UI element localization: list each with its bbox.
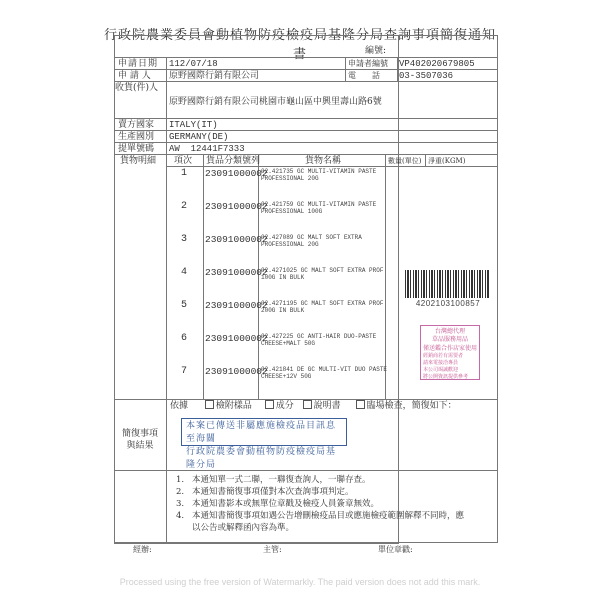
reply-section-label: 簡復事項 與結果 — [120, 428, 160, 452]
row-code: 23091000002 — [205, 201, 268, 213]
apply-date-value: 112/07/18 — [169, 58, 218, 70]
stamp-line: 經銷商若有需要者 — [423, 353, 477, 360]
serial-label: 編號: — [365, 45, 386, 57]
row-no: 2 — [181, 201, 187, 213]
col-header-name: 貨物名稱 — [305, 155, 341, 167]
applicant-no-label: 申請者編號 — [348, 58, 388, 70]
note-item: 4.本通知書簡復事項如遇公告增刪檢疫品目或應施檢疫範圍解釋不同時，應 — [176, 510, 464, 522]
checkbox-icon[interactable] — [356, 400, 365, 409]
note-number: 3. — [176, 498, 192, 510]
row-name-line1: 02.421841 DE GC MULTI-VIT DUO PASTE — [261, 366, 387, 373]
handler-label: 經辦: — [133, 544, 152, 556]
stamp-blue-line2: 行政院農委會動植物防疫檢疫局基隆分局 — [186, 446, 342, 472]
checkbox-onsite[interactable]: 臨場檢查，簡復如下： — [356, 401, 457, 411]
row-name-line2: PROFESSIONAL 20G — [261, 241, 319, 248]
row-no: 4 — [181, 267, 187, 279]
note-text: 本通知書影本或無單位章戳及檢疫人員簽章無效。 — [192, 499, 379, 509]
row-name-line2: CHEESE+12V 50G — [261, 373, 311, 380]
awb-value: AW 12441F7333 — [169, 143, 245, 155]
stamp-line: 僅送鑑合作店家使用 — [423, 344, 477, 353]
basis-row: 依據 檢附樣品 成分 說明書 臨場檢查，簡復如下： — [170, 400, 457, 412]
note-number: 2. — [176, 486, 192, 498]
row-no: 6 — [181, 333, 187, 345]
stamp-line: 將公開資訊提供參考 — [423, 374, 477, 381]
stamp-line: 本公司竭誠歡迎 — [423, 367, 477, 374]
row-name-line1: 02.421735 GC MULTI-VITAMIN PASTE — [261, 168, 376, 175]
unit-stamp-label: 單位章戳: — [378, 544, 413, 556]
basis-label: 依據 — [170, 401, 188, 411]
note-text: 本通知單一式二聯，一聯復查詢人，一聯存查。 — [192, 475, 371, 485]
reply-label-line2: 與結果 — [120, 440, 160, 452]
row-name-line1: 02.4271025 GC MALT SOFT EXTRA PROF — [261, 267, 383, 274]
checkbox-icon[interactable] — [303, 400, 312, 409]
goods-section-label: 貨物明細 — [120, 155, 156, 167]
row-no: 3 — [181, 234, 187, 246]
note-number: 4. — [176, 510, 192, 522]
checkbox-icon[interactable] — [265, 400, 274, 409]
checkbox-sample[interactable]: 檢附樣品 — [205, 401, 252, 411]
row-code: 23091000002 — [205, 300, 268, 312]
applicant-label: 申 請 人 — [118, 70, 151, 82]
checkbox-manual[interactable]: 說明書 — [303, 401, 341, 411]
row-code: 23091000002 — [205, 234, 268, 246]
origin-value: GERMANY(DE) — [169, 131, 228, 143]
phone-label: 電 話 — [348, 70, 380, 82]
row-name-line2: PROFESSIONAL 100G — [261, 208, 322, 215]
stamp-blue-line1: 本案已傳送非屬應施檢疫品目訊息至海關 — [186, 420, 342, 446]
apply-date-label: 申請日期 — [118, 58, 158, 70]
row-code: 23091000002 — [205, 168, 268, 180]
barcode — [405, 270, 489, 298]
note-item: 3.本通知書影本或無單位章戳及檢疫人員簽章無效。 — [176, 498, 464, 510]
watermark-text: Processed using the free version of Wate… — [0, 577, 600, 587]
col-header-code: 貨品分類號列 — [206, 155, 260, 167]
checkbox-icon[interactable] — [205, 400, 214, 409]
row-name-line2: PROFESSIONAL 20G — [261, 175, 319, 182]
supervisor-label: 主管: — [263, 544, 282, 556]
consignee-label: 收貨(件)人 — [115, 82, 158, 94]
notes-list: 1.本通知單一式二聯，一聯復查詢人，一聯存查。2.本通知書簡復事項僅對本次查詢事… — [176, 474, 464, 534]
note-item: 1.本通知單一式二聯，一聯復查詢人，一聯存查。 — [176, 474, 464, 486]
checkbox-ingredients[interactable]: 成分 — [265, 401, 294, 411]
row-name-line1: 02.421759 GC MULTI-VITAMIN PASTE — [261, 201, 376, 208]
applicant-value: 原野國際行銷有限公司 — [169, 70, 259, 82]
row-name-line1: 02.4271195 GC MALT SOFT EXTRA PROF — [261, 300, 383, 307]
row-name-line1: 02.427225 GC ANTI-HAIR DUO-PASTE — [261, 333, 376, 340]
row-code: 23091000002 — [205, 333, 268, 345]
barcode-number: 4202103100857 — [403, 299, 493, 308]
row-code: 23091000002 — [205, 267, 268, 279]
origin-label: 生產國別 — [118, 131, 154, 143]
row-no: 1 — [181, 168, 187, 180]
row-name-line2: 200G IN BULK — [261, 307, 304, 314]
note-item: 以公告或解釋函內容為準。 — [176, 522, 464, 534]
row-name-line2: 100G IN BULK — [261, 274, 304, 281]
stamp-line: 台灣總代理 — [423, 328, 477, 336]
row-code: 23091000002 — [205, 366, 268, 378]
consignee-value: 原野國際行銷有限公司桃園市龜山區中興里壽山路6號 — [169, 96, 382, 108]
note-text: 本通知書簡復事項如遇公告增刪檢疫品目或應施檢疫範圍解釋不同時，應 — [192, 511, 464, 521]
stamp-line: 請來電接洽專員 — [423, 360, 477, 367]
row-name-line1: 02.427089 GC MALT SOFT EXTRA — [261, 234, 362, 241]
note-text: 本通知書簡復事項僅對本次查詢事項判定。 — [192, 487, 354, 497]
row-name-line2: CHEESE+MALT 50G — [261, 340, 315, 347]
col-header-no: 項次 — [174, 155, 192, 167]
note-item: 2.本通知書簡復事項僅對本次查詢事項判定。 — [176, 486, 464, 498]
row-no: 7 — [181, 366, 187, 378]
reply-label-line1: 簡復事項 — [120, 428, 160, 440]
note-text: 以公告或解釋函內容為準。 — [192, 523, 294, 533]
distributor-stamp: 台灣總代理 草品服務用品 僅送鑑合作店家使用 經銷商若有需要者 請來電接洽專員 … — [420, 325, 480, 380]
note-number: 1. — [176, 474, 192, 486]
seller-country-label: 賣方國家 — [118, 119, 154, 131]
customs-notice-stamp: 本案已傳送非屬應施檢疫品目訊息至海關 行政院農委會動植物防疫檢疫局基隆分局 — [181, 418, 347, 446]
awb-label: 提單號碼 — [118, 143, 154, 155]
seller-country-value: ITALY(IT) — [169, 119, 218, 131]
row-no: 5 — [181, 300, 187, 312]
stamp-line: 草品服務用品 — [423, 336, 477, 344]
